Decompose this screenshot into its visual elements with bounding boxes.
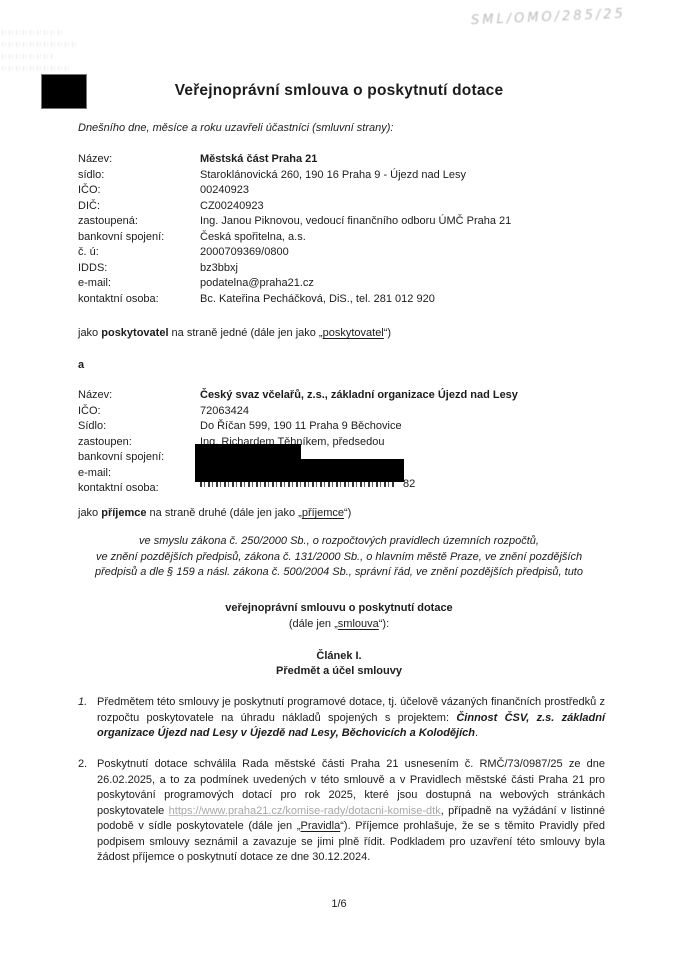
party-row: e-mail:podatelna@praha21.cz [78,276,618,292]
party-row: bankovní spojení:Česká spořitelna, a.s. [78,230,618,246]
field-value: Bc. Kateřina Pecháčková, DiS., tel. 281 … [200,292,618,308]
field-label: Sídlo: [78,419,200,435]
preamble-line: ve znění pozdějších předpisů, zákona č. … [0,550,678,566]
field-label: IČO: [78,183,200,199]
preamble-line: ve smyslu zákona č. 250/2000 Sb., o rozp… [0,534,678,550]
page-number: 1/6 [0,897,678,913]
text-segment: na straně jedné (dále jen jako „ [169,327,323,339]
field-value: podatelna@praha21.cz [200,276,618,292]
party-row: DIČ:CZ00240923 [78,199,618,215]
party-row: IDDS:bz3bbxj [78,261,618,277]
scanned-contract-page: SML/OMO/285/25 Veřejnoprávní smlouva o p… [0,0,678,960]
party-row: Název:Český svaz včelařů, z.s., základní… [78,388,618,404]
field-value: Český svaz včelařů, z.s., základní organ… [200,388,618,404]
field-label: bankovní spojení: [78,450,200,466]
text-segment: “) [344,507,351,519]
text-segment: smlouva [338,618,379,630]
clause-1: 1. Předmětem této smlouvy je poskytnutí … [78,695,605,742]
field-value: bz3bbxj [200,261,618,277]
intro-line: Dnešního dne, měsíce a roku uzavřeli úča… [78,121,393,137]
visible-phone-tail: 82 [403,477,415,493]
text-segment: . [475,727,478,739]
provider-role-line: jako poskytovatel na straně jedné (dále … [78,326,391,342]
handwritten-filing-number: SML/OMO/285/25 [471,7,626,29]
clause-text: Poskytnutí dotace schválila Rada městské… [97,758,605,863]
document-title: Veřejnoprávní smlouva o poskytnutí dotac… [0,83,678,99]
preamble-line: předpisů a dle § 159 a násl. zákona č. 5… [0,565,678,581]
field-label: Název: [78,388,200,404]
text-segment: jako [78,507,101,519]
clause-number: 2. [78,757,87,773]
clause-2: 2. Poskytnutí dotace schválila Rada měst… [78,757,605,866]
party-row: Sídlo:Do Říčan 599, 190 11 Praha 9 Běcho… [78,419,618,435]
field-label: bankovní spojení: [78,230,200,246]
field-label: DIČ: [78,199,200,215]
field-value: Staroklánovická 260, 190 16 Praha 9 - Új… [200,168,618,184]
field-label: IČO: [78,404,200,420]
clause-text: Předmětem této smlouvy je poskytnutí pro… [97,696,605,739]
field-value: Do Říčan 599, 190 11 Praha 9 Běchovice [200,419,618,435]
legal-preamble: ve smyslu zákona č. 250/2000 Sb., o rozp… [0,534,678,581]
field-label: zastoupená: [78,214,200,230]
text-segment: (dále jen „ [289,618,338,630]
redaction-box-email-contact [195,459,404,482]
field-label: zastoupen: [78,435,200,451]
hyperlink[interactable]: https://www.praha21.cz/komise-rady/dotac… [169,805,441,817]
party-row: IČO:00240923 [78,183,618,199]
field-value: Městská část Praha 21 [200,152,618,168]
text-segment: příjemce [101,507,146,519]
field-value: CZ00240923 [200,199,618,215]
party-row: č. ú:2000709369/0800 [78,245,618,261]
party-row: Název:Městská část Praha 21 [78,152,618,168]
partially-covered-text-sliver [200,482,396,487]
field-value: Ing. Janou Piknovou, vedoucí finančního … [200,214,618,230]
party-row: sídlo:Staroklánovická 260, 190 16 Praha … [78,168,618,184]
field-value: Česká spořitelna, a.s. [200,230,618,246]
text-segment: poskytovatel [323,327,384,339]
contract-heading: veřejnoprávní smlouvu o poskytnutí dotac… [0,601,678,617]
text-segment: poskytovatel [101,327,168,339]
article-1-subheading: Předmět a účel smlouvy [0,664,678,680]
text-segment: příjemce [302,507,344,519]
field-label: č. ú: [78,245,200,261]
field-label: kontaktní osoba: [78,292,200,308]
text-segment: “): [379,618,389,630]
text-segment: jako [78,327,101,339]
text-segment: na straně druhé (dále jen jako „ [147,507,302,519]
field-label: sídlo: [78,168,200,184]
field-value: 00240923 [200,183,618,199]
field-label: Název: [78,152,200,168]
field-value: 2000709369/0800 [200,245,618,261]
field-label: e-mail: [78,466,200,482]
field-label: IDDS: [78,261,200,277]
party-row: kontaktní osoba:Bc. Kateřina Pecháčková,… [78,292,618,308]
field-label: e-mail: [78,276,200,292]
article-1-heading: Článek I. [0,649,678,665]
party-row: IČO:72063424 [78,404,618,420]
field-label: kontaktní osoba: [78,481,200,497]
text-segment: Pravidla [301,820,341,832]
text-segment: “) [384,327,391,339]
recipient-role-line: jako příjemce na straně druhé (dále jen … [78,506,351,522]
faint-stamp [2,30,76,78]
clause-number: 1. [78,695,87,711]
provider-details: Název:Městská část Praha 21sídlo:Starokl… [78,152,618,307]
party-row: zastoupen:Ing. Richardem Těhníkem, předs… [78,435,618,451]
contract-subheading: (dále jen „smlouva“): [0,617,678,633]
and-separator: a [78,358,84,374]
field-value: 72063424 [200,404,618,420]
party-row: zastoupená:Ing. Janou Piknovou, vedoucí … [78,214,618,230]
